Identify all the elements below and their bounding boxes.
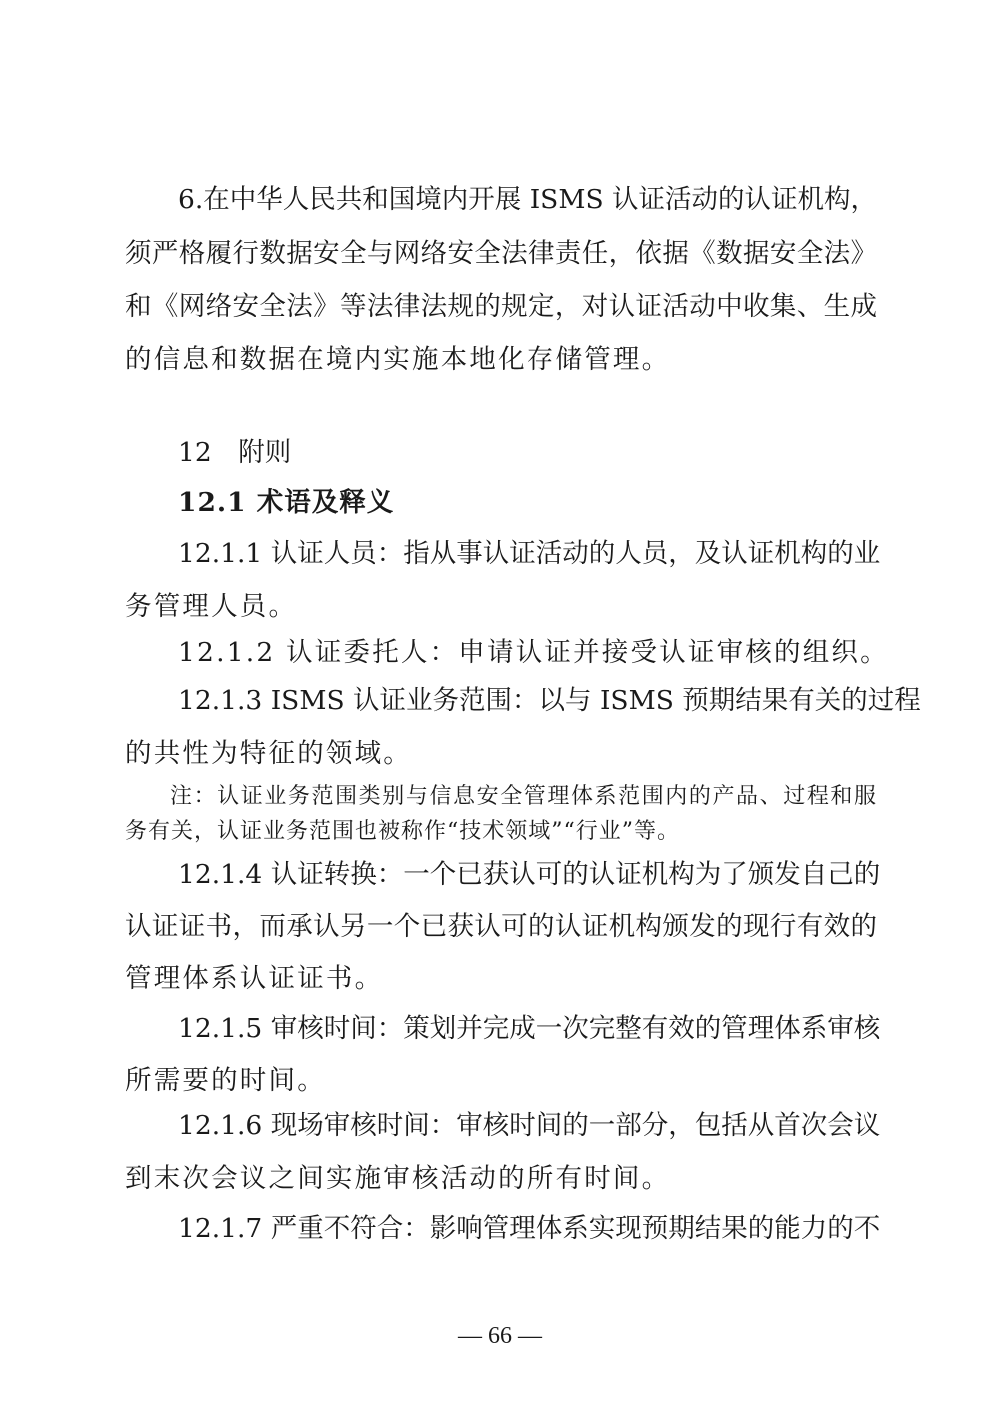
- term-12-1-1-line-1: 12.1.1 认证人员：指从事认证活动的人员，及认证机构的业: [178, 537, 877, 571]
- page-number: — 66 —: [0, 1323, 1000, 1350]
- term-12-1-6-line-2: 到末次会议之间实施审核活动的所有时间。: [125, 1162, 877, 1196]
- note-line-1: 注：认证业务范围类别与信息安全管理体系范围内的产品、过程和服: [170, 780, 877, 814]
- term-12-1-5-line-2: 所需要的时间。: [125, 1064, 877, 1098]
- term-12-1-5-line-1: 12.1.5 审核时间：策划并完成一次完整有效的管理体系审核: [178, 1012, 877, 1046]
- paragraph-6-line-2: 须严格履行数据安全与网络安全法律责任，依据《数据安全法》: [125, 237, 877, 271]
- term-12-1-1-line-2: 务管理人员。: [125, 590, 877, 624]
- term-12-1-4-line-2: 认证证书，而承认另一个已获认可的认证机构颁发的现行有效的: [125, 910, 877, 944]
- term-12-1-3-line-1: 12.1.3 ISMS 认证业务范围：以与 ISMS 预期结果有关的过程: [178, 684, 877, 718]
- note-line-2: 务有关，认证业务范围也被称作“技术领域”“行业”等。: [125, 815, 877, 849]
- paragraph-6-line-4: 的信息和数据在境内实施本地化存储管理。: [125, 343, 877, 377]
- term-12-1-4-line-3: 管理体系认证证书。: [125, 962, 877, 996]
- term-12-1-6-line-1: 12.1.6 现场审核时间：审核时间的一部分，包括从首次会议: [178, 1109, 877, 1143]
- section-12-1-heading: 12.1 术语及释义: [178, 486, 877, 520]
- term-12-1-3-line-2: 的共性为特征的领域。: [125, 737, 877, 771]
- term-12-1-4-line-1: 12.1.4 认证转换：一个已获认可的认证机构为了颁发自己的: [178, 858, 877, 892]
- paragraph-6-line-3: 和《网络安全法》等法律法规的规定，对认证活动中收集、生成: [125, 290, 877, 324]
- section-12-heading: 12 附则: [178, 436, 877, 470]
- term-12-1-7-line-1: 12.1.7 严重不符合：影响管理体系实现预期结果的能力的不: [178, 1212, 877, 1246]
- paragraph-6-line-1: 6.在中华人民共和国境内开展 ISMS 认证活动的认证机构，: [178, 183, 877, 217]
- term-12-1-2: 12.1.2 认证委托人：申请认证并接受认证审核的组织。: [178, 636, 877, 670]
